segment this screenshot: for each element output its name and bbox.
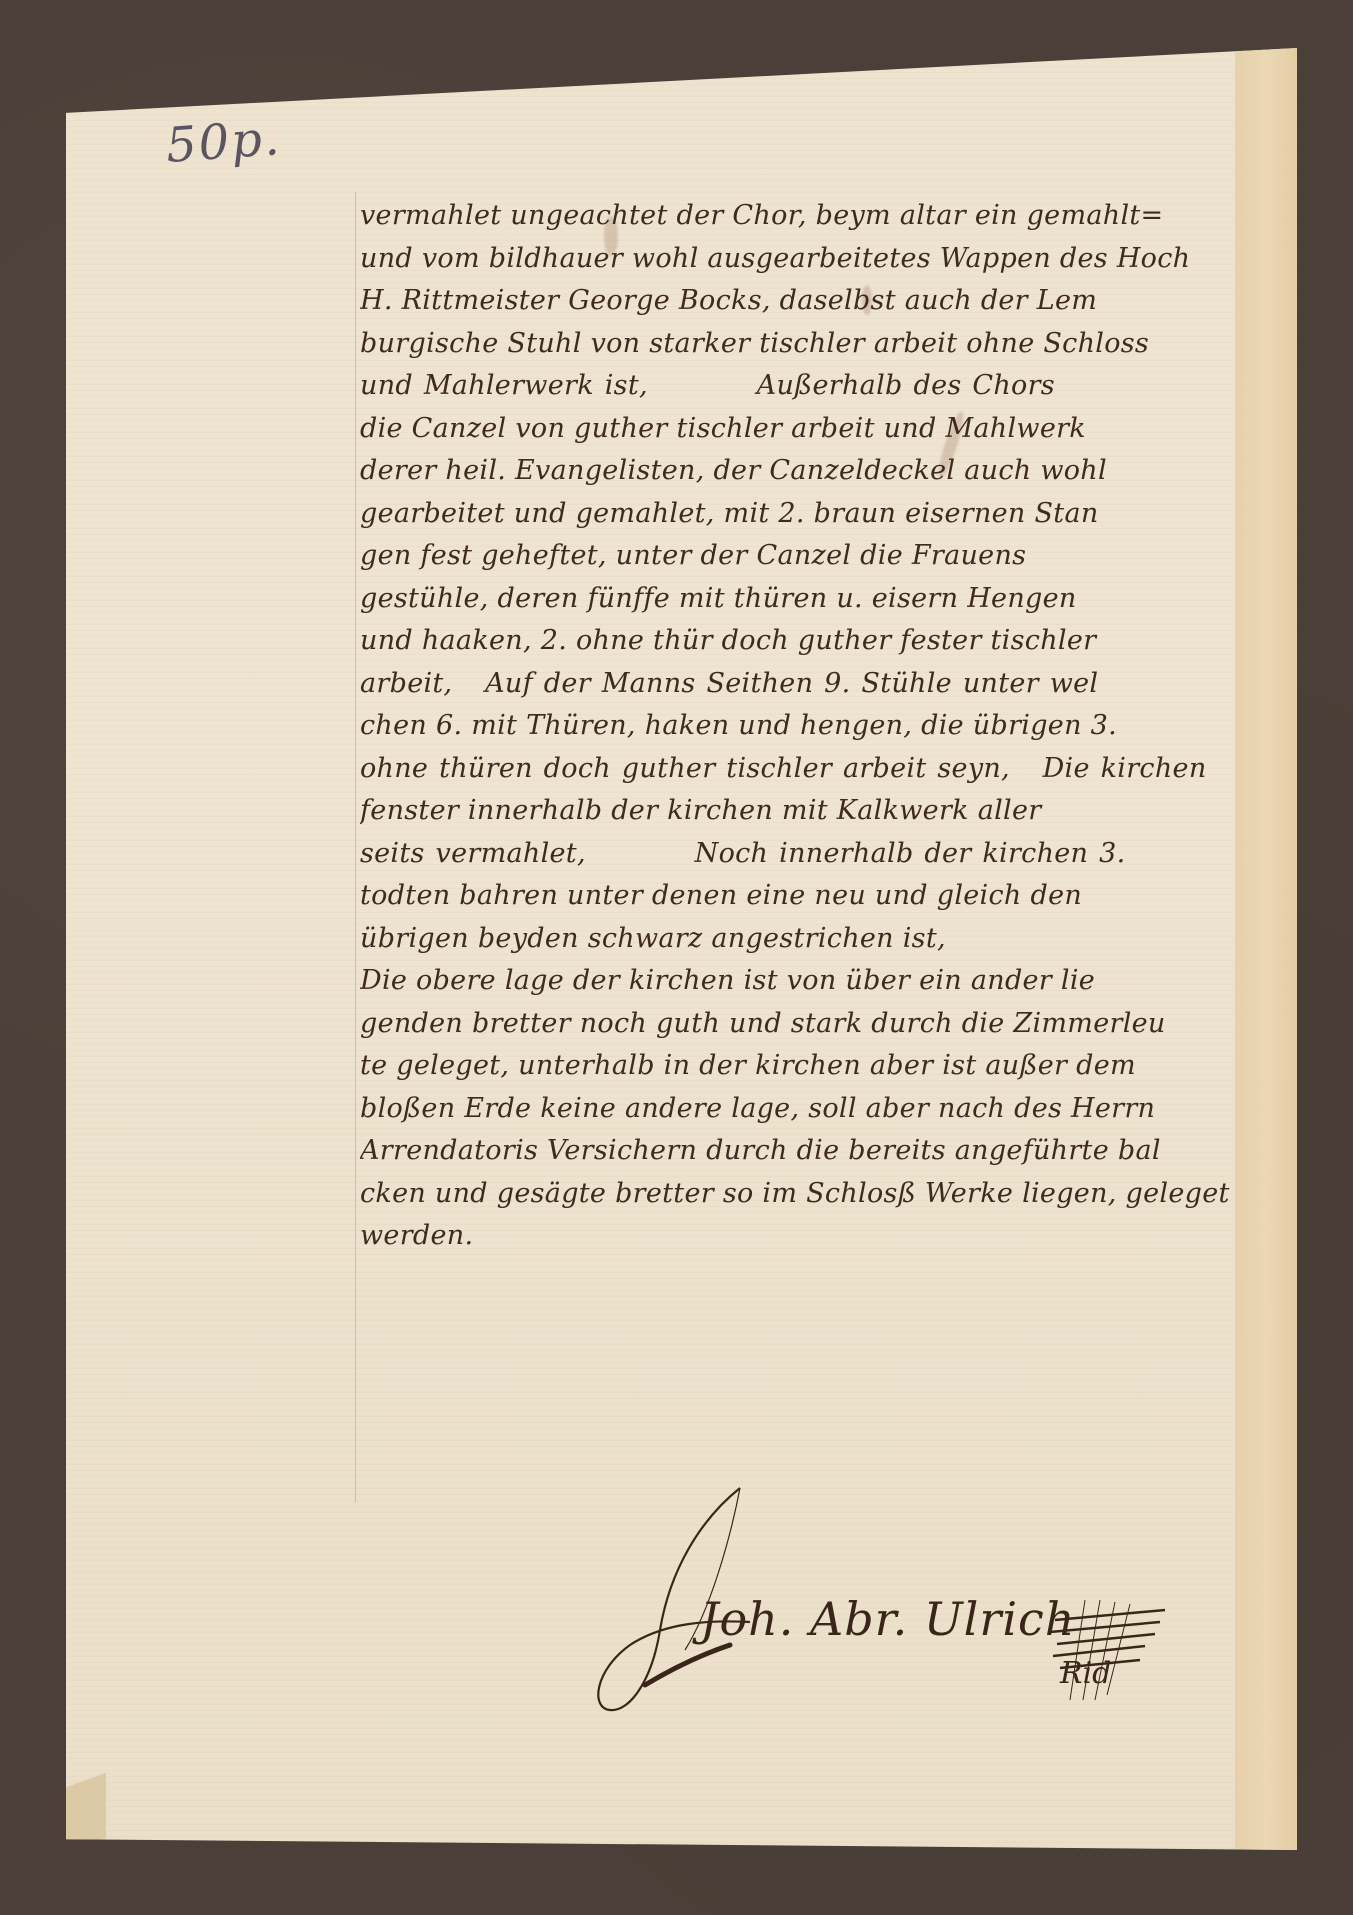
manuscript-line: seits vermahlet, Noch innerhalb der kirc… <box>360 833 1290 876</box>
signature-block: Joh. Abr. Ulrich Rid <box>590 1480 1190 1710</box>
manuscript-line: und haaken, 2. ohne thür doch guther fes… <box>360 620 1290 663</box>
manuscript-line: Arrendatoris Versichern durch die bereit… <box>360 1130 1290 1173</box>
paper-corner-fold <box>66 1710 106 1850</box>
manuscript-line: fenster innerhalb der kirchen mit Kalkwe… <box>360 790 1290 833</box>
margin-rule <box>355 192 356 1502</box>
manuscript-line: Die obere lage der kirchen ist von über … <box>360 960 1290 1003</box>
manuscript-line: die Canzel von guther tischler arbeit un… <box>360 408 1290 451</box>
manuscript-line: todten bahren unter denen eine neu und g… <box>360 875 1290 918</box>
manuscript-line: und vom bildhauer wohl ausgearbeitetes W… <box>360 238 1290 281</box>
manuscript-body: vermahlet ungeachtet der Chor, beym alta… <box>360 195 1290 1258</box>
manuscript-line: ohne thüren doch guther tischler arbeit … <box>360 748 1290 791</box>
manuscript-line: cken und gesägte bretter so im Schlosß W… <box>360 1173 1290 1216</box>
manuscript-line: gestühle, deren fünffe mit thüren u. eis… <box>360 578 1290 621</box>
manuscript-line: gen fest geheftet, unter der Canzel die … <box>360 535 1290 578</box>
manuscript-line: te geleget, unterhalb in der kirchen abe… <box>360 1045 1290 1088</box>
signature-name: Joh. Abr. Ulrich <box>700 1592 1075 1646</box>
manuscript-line: werden. <box>360 1215 1290 1258</box>
manuscript-line: derer heil. Evangelisten, der Canzeldeck… <box>360 450 1290 493</box>
manuscript-line: übrigen beyden schwarz angestrichen ist, <box>360 918 1290 961</box>
manuscript-line: vermahlet ungeachtet der Chor, beym alta… <box>360 195 1290 238</box>
manuscript-line: gearbeitet und gemahlet, mit 2. braun ei… <box>360 493 1290 536</box>
manuscript-line: chen 6. mit Thüren, haken und hengen, di… <box>360 705 1290 748</box>
manuscript-line: genden bretter noch guth und stark durch… <box>360 1003 1290 1046</box>
folio-number-note: 50p. <box>164 110 283 174</box>
manuscript-line: bloßen Erde keine andere lage, soll aber… <box>360 1088 1290 1131</box>
signature-scribble-icon <box>1045 1600 1185 1710</box>
manuscript-line: H. Rittmeister George Bocks, daselbst au… <box>360 280 1290 323</box>
manuscript-line: und Mahlerwerk ist, Außerhalb des Chors <box>360 365 1290 408</box>
manuscript-line: arbeit, Auf der Manns Seithen 9. Stühle … <box>360 663 1290 706</box>
manuscript-line: burgische Stuhl von starker tischler arb… <box>360 323 1290 366</box>
signature-suffix: Rid <box>1060 1656 1111 1691</box>
